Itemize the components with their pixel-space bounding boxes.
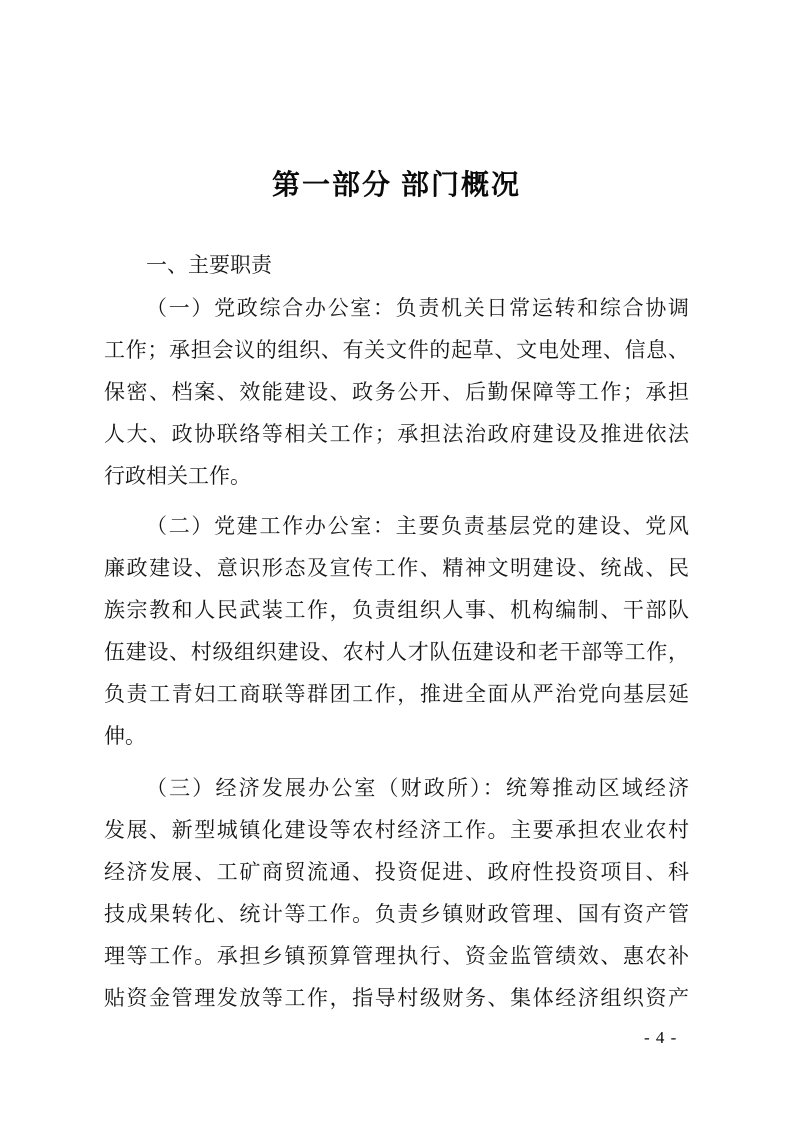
text-line: 技成果转化、统计等工作。负责乡镇财政管理、国有资产管 — [104, 893, 689, 935]
text-line: 保密、档案、效能建设、政务公开、后勤保障等工作；承担 — [104, 371, 689, 413]
text-line: 贴资金管理发放等工作，指导村级财务、集体经济组织资产 — [104, 977, 689, 1019]
text-line: 经济发展、工矿商贸流通、投资促进、政府性投资项目、科 — [104, 851, 689, 893]
text-line: （二）党建工作办公室：主要负责基层党的建设、党风 — [104, 505, 689, 547]
paragraph: （一）党政综合办公室：负责机关日常运转和综合协调工作；承担会议的组织、有关文件的… — [104, 287, 689, 497]
paragraph: （二）党建工作办公室：主要负责基层党的建设、党风廉政建设、意识形态及宣传工作、精… — [104, 505, 689, 757]
text-line: 人大、政协联络等相关工作；承担法治政府建设及推进依法 — [104, 413, 689, 455]
document-page: 第一部分 部门概况 一、主要职责 （一）党政综合办公室：负责机关日常运转和综合协… — [0, 0, 793, 1122]
paragraph: （三）经济发展办公室（财政所）：统筹推动区域经济发展、新型城镇化建设等农村经济工… — [104, 767, 689, 1019]
text-line: 伸。 — [104, 715, 689, 757]
text-line: 发展、新型城镇化建设等农村经济工作。主要承担农业农村 — [104, 809, 689, 851]
document-title: 第一部分 部门概况 — [0, 169, 793, 203]
text-line: （三）经济发展办公室（财政所）：统筹推动区域经济 — [104, 767, 689, 809]
document-body: 一、主要职责 （一）党政综合办公室：负责机关日常运转和综合协调工作；承担会议的组… — [104, 244, 689, 1019]
section-heading: 一、主要职责 — [104, 244, 689, 286]
text-line: 工作；承担会议的组织、有关文件的起草、文电处理、信息、 — [104, 329, 689, 371]
page-number: - 4 - — [644, 1026, 677, 1050]
paragraphs: （一）党政综合办公室：负责机关日常运转和综合协调工作；承担会议的组织、有关文件的… — [104, 287, 689, 1019]
text-line: 伍建设、村级组织建设、农村人才队伍建设和老干部等工作， — [104, 631, 689, 673]
text-line: （一）党政综合办公室：负责机关日常运转和综合协调 — [104, 287, 689, 329]
text-line: 负责工青妇工商联等群团工作，推进全面从严治党向基层延 — [104, 673, 689, 715]
text-line: 廉政建设、意识形态及宣传工作、精神文明建设、统战、民 — [104, 547, 689, 589]
text-line: 行政相关工作。 — [104, 455, 689, 497]
text-line: 理等工作。承担乡镇预算管理执行、资金监管绩效、惠农补 — [104, 935, 689, 977]
text-line: 族宗教和人民武装工作，负责组织人事、机构编制、干部队 — [104, 589, 689, 631]
